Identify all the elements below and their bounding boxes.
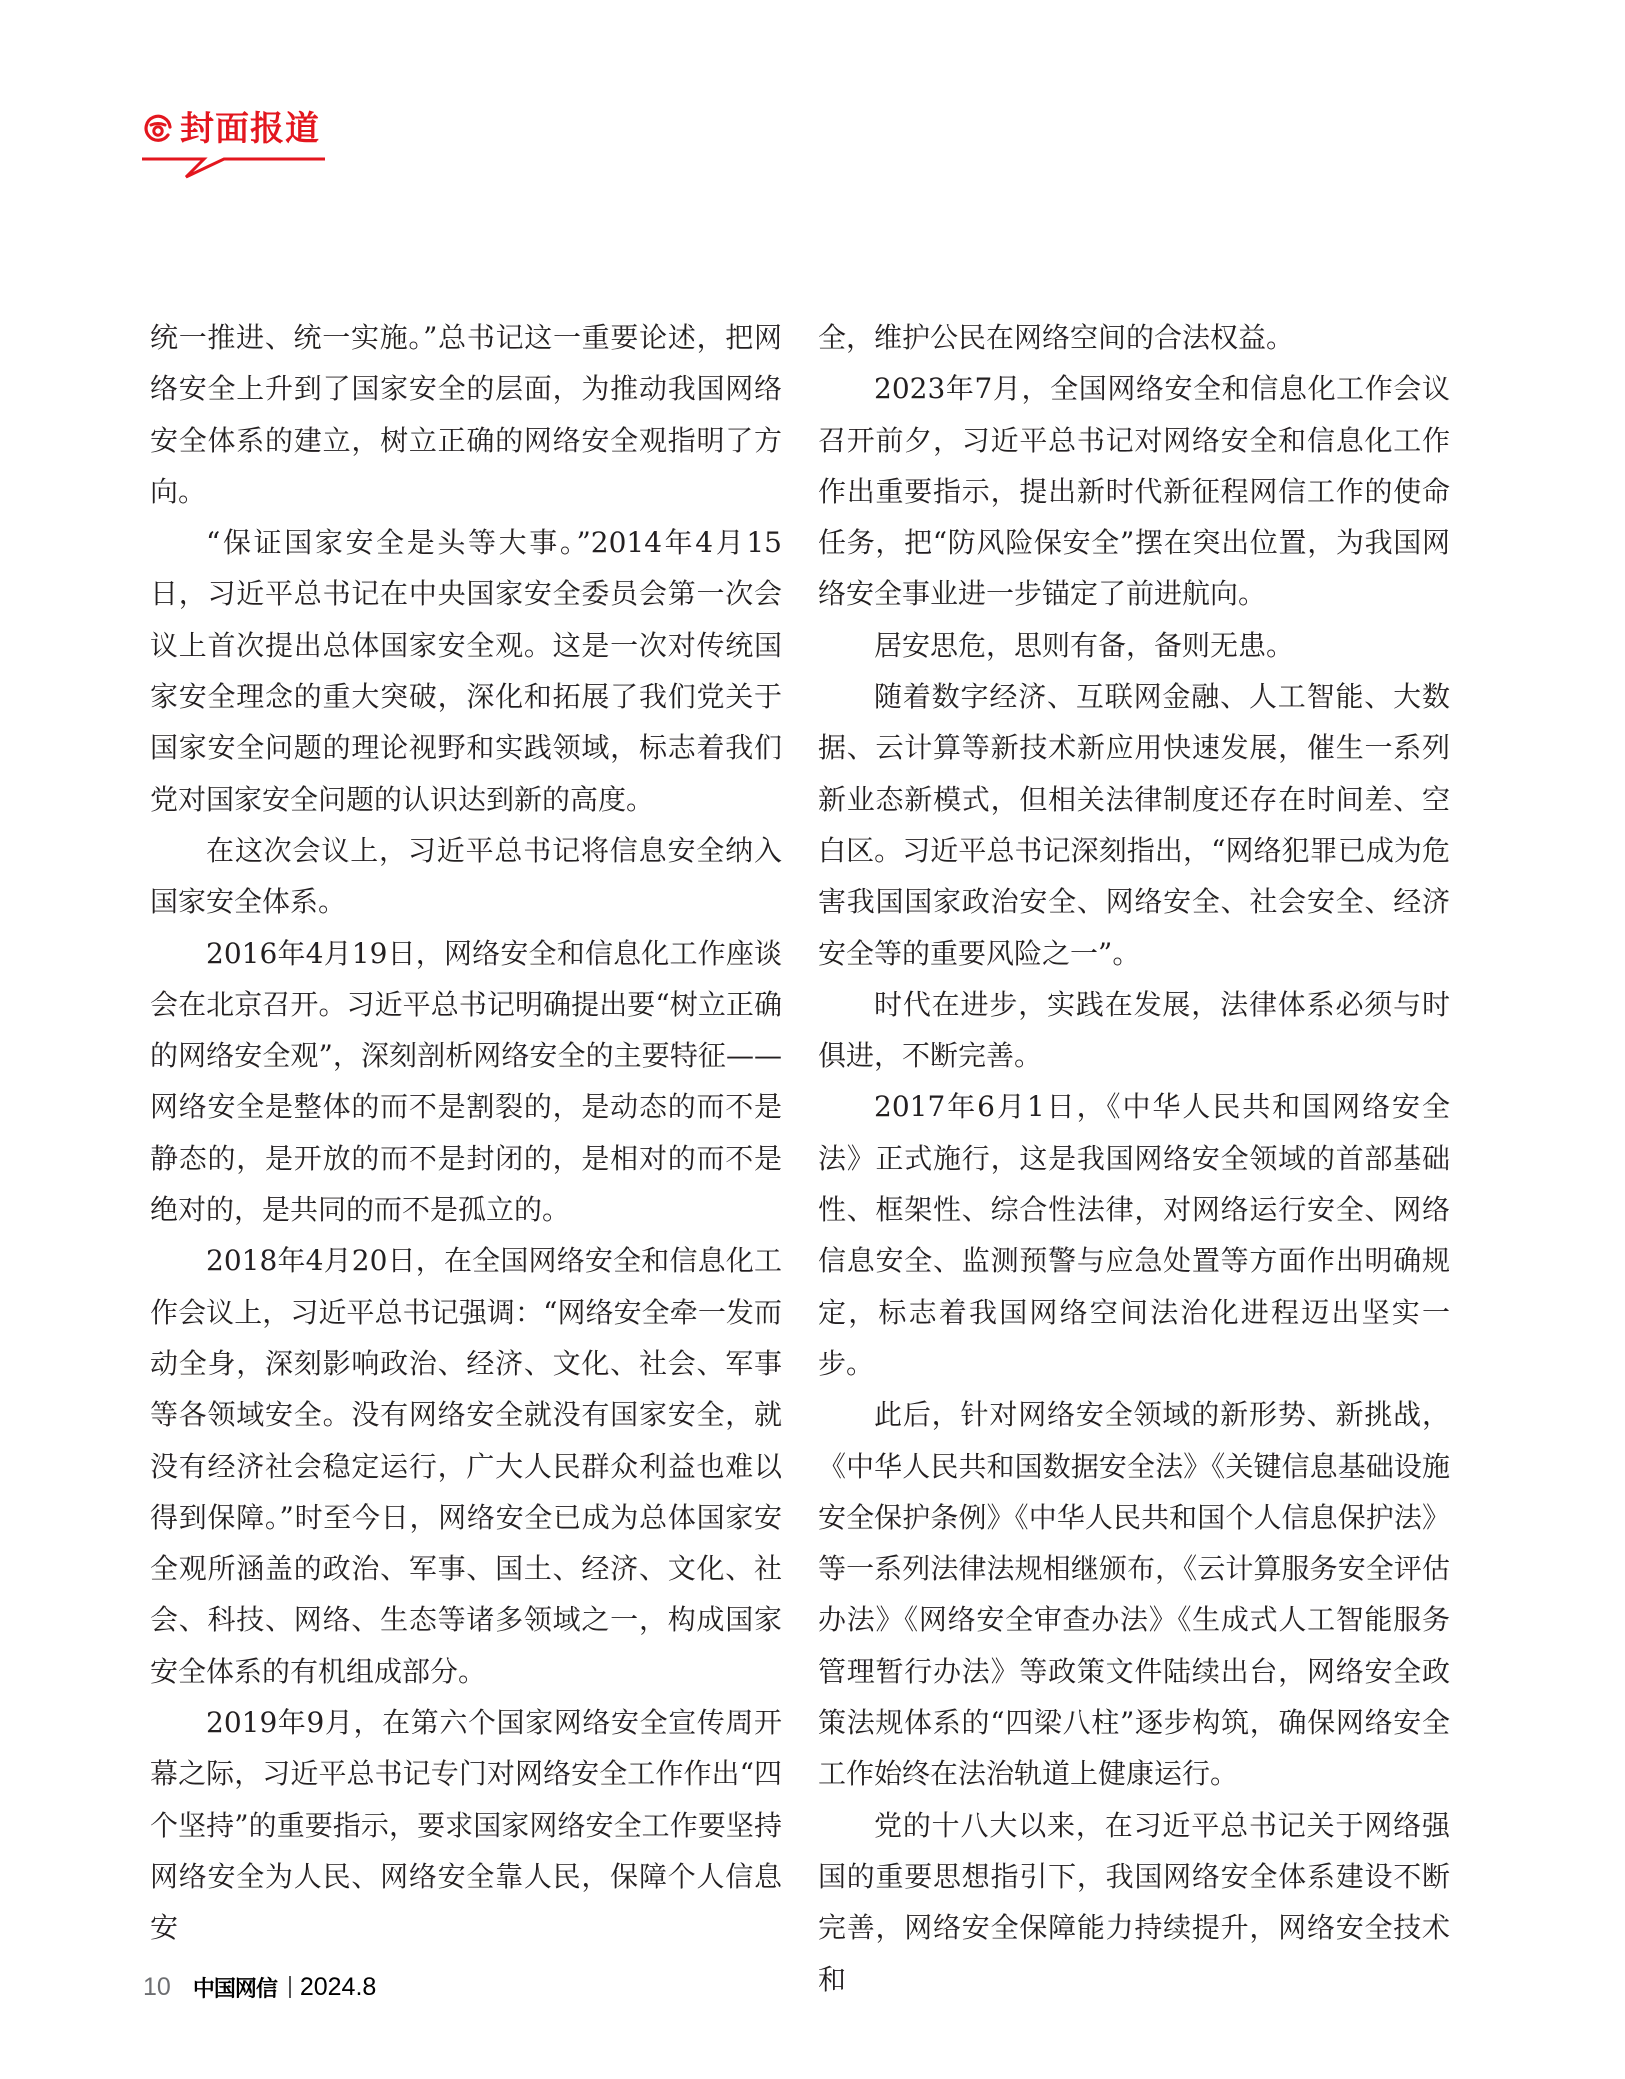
- article-column-right: 全，维护公民在网络空间的合法权益。2023年7月，全国网络安全和信息化工作会议召…: [818, 312, 1450, 2005]
- paragraph: 2017年6月1日，《中华人民共和国网络安全法》正式施行，这是我国网络安全领域的…: [818, 1081, 1450, 1389]
- paragraph: 在这次会议上，习近平总书记将信息安全纳入国家安全体系。: [150, 825, 782, 928]
- page-number: 10: [143, 1973, 171, 2002]
- at-swirl-icon: [142, 113, 174, 145]
- speech-bubble-underline: [142, 155, 327, 183]
- paragraph: 党的十八大以来，在习近平总书记关于网络强国的重要思想指引下，我国网络安全体系建设…: [818, 1800, 1450, 2005]
- section-header: 封面报道: [142, 105, 327, 180]
- paragraph: 时代在进步，实践在发展，法律体系必须与时俱进，不断完善。: [818, 979, 1450, 1082]
- page-footer: 10 中国网信 2024.8: [143, 1970, 376, 2004]
- section-title: 封面报道: [180, 107, 320, 151]
- paragraph: “保证国家安全是头等大事。”2014年4月15日，习近平总书记在中央国家安全委员…: [150, 517, 782, 825]
- article-column-left: 统一推进、统一实施。”总书记这一重要论述，把网络安全上升到了国家安全的层面，为推…: [150, 312, 782, 1954]
- paragraph: 此后，针对网络安全领域的新形势、新挑战，《中华人民共和国数据安全法》《关键信息基…: [818, 1389, 1450, 1799]
- paragraph: 2018年4月20日，在全国网络安全和信息化工作会议上，习近平总书记强调：“网络…: [150, 1235, 782, 1697]
- paragraph: 2023年7月，全国网络安全和信息化工作会议召开前夕，习近平总书记对网络安全和信…: [818, 363, 1450, 619]
- paragraph: 居安思危，思则有备，备则无患。: [818, 620, 1450, 671]
- magazine-name: 中国网信: [193, 1972, 277, 2003]
- issue-number: 2024.8: [300, 1973, 376, 2002]
- footer-divider: [289, 1976, 291, 1998]
- paragraph: 随着数字经济、互联网金融、人工智能、大数据、云计算等新技术新应用快速发展，催生一…: [818, 671, 1450, 979]
- paragraph: 全，维护公民在网络空间的合法权益。: [818, 312, 1450, 363]
- paragraph: 统一推进、统一实施。”总书记这一重要论述，把网络安全上升到了国家安全的层面，为推…: [150, 312, 782, 517]
- paragraph: 2016年4月19日，网络安全和信息化工作座谈会在北京召开。习近平总书记明确提出…: [150, 928, 782, 1236]
- paragraph: 2019年9月，在第六个国家网络安全宣传周开幕之际，习近平总书记专门对网络安全工…: [150, 1697, 782, 1953]
